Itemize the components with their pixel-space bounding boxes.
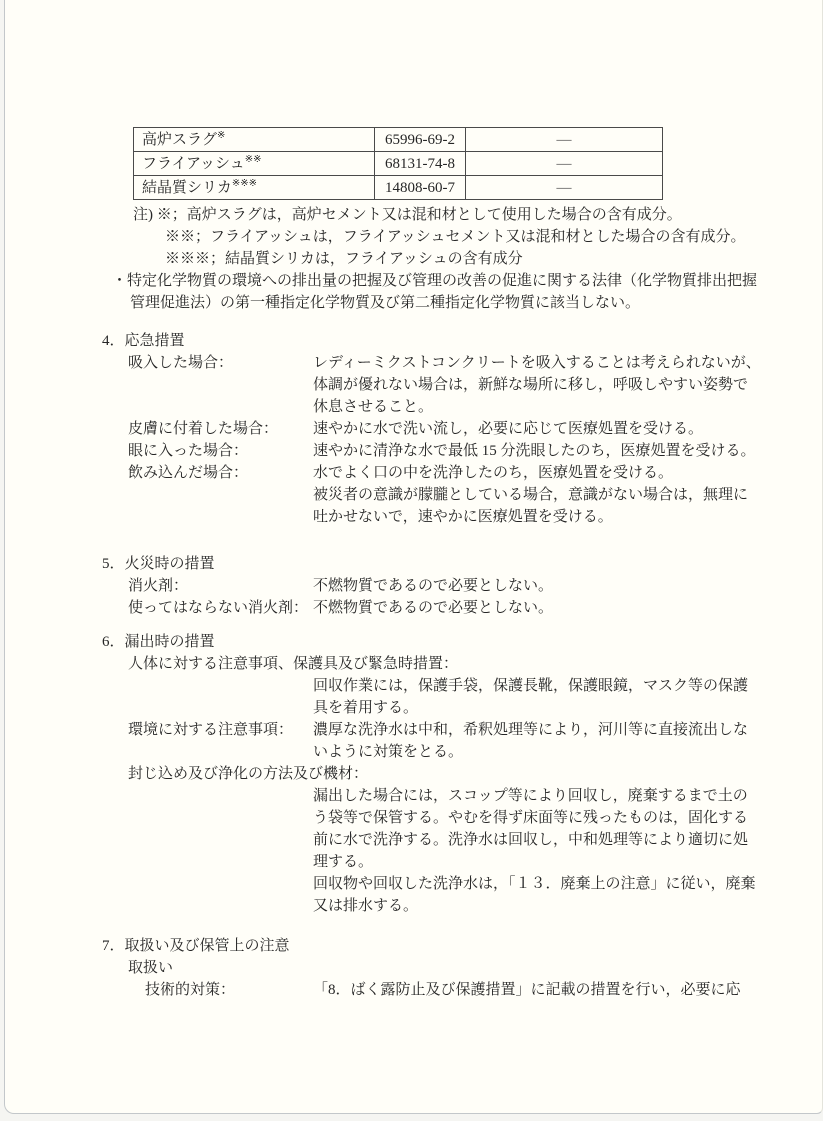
item-value: 「8．ばく露防止及び保護措置」に記載の措置を行い，必要に応 bbox=[313, 979, 783, 1001]
regulation-note-line: 管理促進法）の第一種指定化学物質及び第二種指定化学物質に該当しない。 bbox=[5, 292, 795, 314]
item-value: レディーミクストコンクリートを吸入することは考えられないが、 体調が優れない場合… bbox=[313, 352, 783, 418]
content-dash-cell: — bbox=[466, 176, 663, 200]
item-label: 環境に対する注意事項： bbox=[128, 719, 313, 763]
sds-document-page: 高炉スラグ※ 65996-69-2 — フライアッシュ※※ 68131-74-8… bbox=[4, 0, 823, 1114]
content-dash-cell: — bbox=[466, 152, 663, 176]
item-value: 不燃物質であるので必要としない。 bbox=[313, 597, 783, 619]
substance-name-cell: 結晶質シリカ※※※ bbox=[134, 176, 375, 200]
first-aid-item: 眼に入った場合： 速やかに清浄な水で最低 15 分洗眼したのち，医療処置を受ける… bbox=[5, 440, 805, 462]
section-accidental-release: 6．漏出時の措置 人体に対する注意事項、保護具及び緊急時措置： 回収作業には，保… bbox=[5, 631, 805, 917]
section-first-aid: 4．応急措置 吸入した場合： レディーミクストコンクリートを吸入することは考えら… bbox=[5, 330, 805, 528]
item-label: 封じ込め及び浄化の方法及び機材： bbox=[5, 763, 805, 785]
first-aid-item: 皮膚に付着した場合： 速やかに水で洗い流し，必要に応じて医療処置を受ける。 bbox=[5, 418, 805, 440]
item-label: 吸入した場合： bbox=[128, 352, 313, 418]
section-title: 5．火災時の措置 bbox=[5, 553, 805, 575]
substance-name-cell: フライアッシュ※※ bbox=[134, 152, 375, 176]
first-aid-item: 飲み込んだ場合： 水でよく口の中を洗浄したのち，医療処置を受ける。 被災者の意識… bbox=[5, 462, 805, 528]
cas-number-cell: 65996-69-2 bbox=[375, 128, 466, 152]
item-value: 漏出した場合には，スコップ等により回収し，廃棄するまで土の う袋等で保管する。や… bbox=[313, 785, 783, 917]
item-value: 濃厚な洗浄水は中和，希釈処理等により，河川等に直接流出しな いように対策をとる。 bbox=[313, 719, 783, 763]
fire-item: 使ってはならない消火剤： 不燃物質であるので必要としない。 bbox=[5, 597, 805, 619]
item-label: 人体に対する注意事項、保護具及び緊急時措置： bbox=[5, 653, 805, 675]
composition-table: 高炉スラグ※ 65996-69-2 — フライアッシュ※※ 68131-74-8… bbox=[133, 127, 663, 200]
substance-name: フライアッシュ bbox=[142, 156, 245, 172]
subsection-title: 取扱い bbox=[5, 957, 805, 979]
item-value: 水でよく口の中を洗浄したのち，医療処置を受ける。 被災者の意識が朦朧としている場… bbox=[313, 462, 783, 528]
section-fire-fighting: 5．火災時の措置 消火剤： 不燃物質であるので必要としない。 使ってはならない消… bbox=[5, 553, 805, 619]
substance-marker: ※※ bbox=[245, 154, 262, 165]
handling-item: 技術的対策： 「8．ばく露防止及び保護措置」に記載の措置を行い，必要に応 bbox=[5, 979, 805, 1001]
substance-name: 高炉スラグ bbox=[142, 132, 217, 148]
item-value: 不燃物質であるので必要としない。 bbox=[313, 575, 783, 597]
item-value: 速やかに清浄な水で最低 15 分洗眼したのち，医療処置を受ける。 bbox=[313, 440, 783, 462]
table-footnotes: 注) ※；高炉スラグは，高炉セメント又は混和材として使用した場合の含有成分。 ※… bbox=[5, 204, 795, 314]
item-label: 消火剤： bbox=[128, 575, 313, 597]
section-title: 4．応急措置 bbox=[5, 330, 805, 352]
item-label: 使ってはならない消火剤： bbox=[128, 597, 313, 619]
footnote-line: 注) ※；高炉スラグは，高炉セメント又は混和材として使用した場合の含有成分。 bbox=[5, 204, 795, 226]
substance-name-cell: 高炉スラグ※ bbox=[134, 128, 375, 152]
substance-marker: ※ bbox=[217, 130, 225, 141]
section-handling-storage: 7．取扱い及び保管上の注意 取扱い 技術的対策： 「8．ばく露防止及び保護措置」… bbox=[5, 935, 805, 1001]
cas-number-cell: 68131-74-8 bbox=[375, 152, 466, 176]
item-value: 回収作業には，保護手袋，保護長靴，保護眼鏡，マスク等の保護 具を着用する。 bbox=[313, 675, 783, 719]
item-value: 速やかに水で洗い流し，必要に応じて医療処置を受ける。 bbox=[313, 418, 783, 440]
item-label: 皮膚に付着した場合： bbox=[128, 418, 313, 440]
content-dash-cell: — bbox=[466, 128, 663, 152]
cas-number-cell: 14808-60-7 bbox=[375, 176, 466, 200]
table-row: フライアッシュ※※ 68131-74-8 — bbox=[134, 152, 663, 176]
fire-item: 消火剤： 不燃物質であるので必要としない。 bbox=[5, 575, 805, 597]
section-title: 6．漏出時の措置 bbox=[5, 631, 805, 653]
substance-marker: ※※※ bbox=[232, 178, 257, 189]
footnote-line: ※※；フライアッシュは，フライアッシュセメント又は混和材とした場合の含有成分。 bbox=[5, 226, 795, 248]
substance-name: 結晶質シリカ bbox=[142, 180, 232, 196]
footnote-line: ※※※；結晶質シリカは，フライアッシュの含有成分 bbox=[5, 248, 795, 270]
table-row: 高炉スラグ※ 65996-69-2 — bbox=[134, 128, 663, 152]
item-label: 飲み込んだ場合： bbox=[128, 462, 313, 528]
section-title: 7．取扱い及び保管上の注意 bbox=[5, 935, 805, 957]
table-row: 結晶質シリカ※※※ 14808-60-7 — bbox=[134, 176, 663, 200]
first-aid-item: 吸入した場合： レディーミクストコンクリートを吸入することは考えられないが、 体… bbox=[5, 352, 805, 418]
item-label: 眼に入った場合： bbox=[128, 440, 313, 462]
release-item: 環境に対する注意事項： 濃厚な洗浄水は中和，希釈処理等により，河川等に直接流出し… bbox=[5, 719, 805, 763]
regulation-note-line: ・特定化学物質の環境への排出量の把握及び管理の改善の促進に関する法律（化学物質排… bbox=[5, 270, 795, 292]
item-label: 技術的対策： bbox=[145, 979, 313, 1001]
